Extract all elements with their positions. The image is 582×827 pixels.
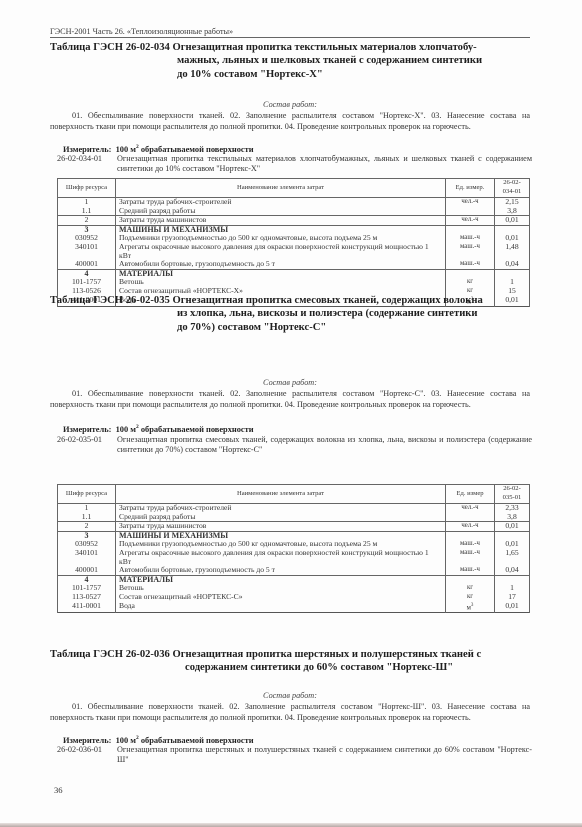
table-row: 340101Агрегаты окрасочные высокого давле…: [58, 549, 530, 566]
resource-name: МАТЕРИАЛЫ: [116, 575, 446, 584]
unit-cell: маш.-ч: [446, 566, 495, 575]
work-composition-text: 01. Обеспыливание поверхности тканей. 02…: [50, 111, 530, 132]
resource-table: Шифр ресурсаНаименование элемента затрат…: [57, 484, 530, 613]
table-title-line2: из хлопка, льна, вискозы и полиэстера (с…: [50, 307, 530, 320]
unit-cell: кг: [446, 278, 495, 287]
column-header: 26-02-035-01: [495, 485, 530, 504]
resource-code: 411-0001: [58, 602, 116, 613]
unit-cell: [446, 575, 495, 584]
measure-unit: Измеритель: 100 м2 обрабатываемой поверх…: [63, 424, 254, 434]
table-title-label: Таблица ГЭСН 26-02-034: [50, 42, 170, 53]
unit-cell: маш.-ч: [446, 243, 495, 260]
unit-cell: чел.-ч: [446, 522, 495, 532]
resource-code: 400001: [58, 260, 116, 269]
measure-label: Измеритель:: [63, 736, 111, 745]
value-cell: 0,01: [495, 522, 530, 532]
resource-name: Вода: [116, 602, 446, 613]
table-row: 400001Автомобили бортовые, грузоподъемно…: [58, 260, 530, 269]
norm-description: Огнезащитная пропитка шерстяных и полуше…: [117, 745, 532, 765]
unit-cell: чел.-ч: [446, 198, 495, 207]
page-number: 36: [54, 785, 63, 795]
table-title-label: Таблица ГЭСН 26-02-035: [50, 295, 170, 306]
work-composition-label: Состав работ:: [50, 100, 530, 109]
page-edge-shadow: [0, 823, 582, 827]
table-title: Таблица ГЭСН 26-02-035 Огнезащитная проп…: [50, 294, 530, 334]
table-row: 400001Автомобили бортовые, грузоподъемно…: [58, 566, 530, 575]
column-header: Наименование элемента затрат: [116, 485, 446, 504]
unit-cell: [446, 531, 495, 540]
measure-value: 100 м: [116, 145, 136, 154]
resource-name: Затраты труда машинистов: [116, 522, 446, 532]
value-cell: 1,48: [495, 243, 530, 260]
resource-table: Шифр ресурсаНаименование элемента затрат…: [57, 178, 530, 307]
unit-cell: м3: [446, 602, 495, 613]
value-cell: 0,01: [495, 602, 530, 613]
measure-tail: обрабатываемой поверхности: [139, 425, 254, 434]
column-header: Ед. измер: [446, 485, 495, 504]
unit-cell: чел.-ч: [446, 504, 495, 513]
resource-name: Агрегаты окрасочные высокого давления дл…: [116, 549, 446, 566]
running-head: ГЭСН-2001 Часть 26. «Теплоизоляционные р…: [50, 27, 530, 38]
norm-code: 26-02-035-01: [57, 435, 117, 445]
column-header: Шифр ресурса: [58, 485, 116, 504]
work-composition-label: Состав работ:: [50, 378, 530, 387]
unit-cell: [446, 513, 495, 522]
resource-name: Затраты труда машинистов: [116, 216, 446, 226]
measure-unit: Измеритель: 100 м2 обрабатываемой поверх…: [63, 735, 254, 745]
measure-value: 100 м: [116, 425, 136, 434]
work-composition-text: 01. Обеспыливание поверхности тканей. 02…: [50, 389, 530, 410]
column-header: Наименование элемента затрат: [116, 179, 446, 198]
table-title-line3: до 70%) составом "Нортекс-С": [50, 321, 530, 334]
table-title-line1: Огнезащитная пропитка шерстяных и полуше…: [172, 649, 481, 660]
column-header: Шифр ресурса: [58, 179, 116, 198]
table-title-line2: содержанием синтетики до 60% составом "Н…: [50, 661, 530, 674]
table-title-line1: Огнезащитная пропитка текстильных матери…: [172, 42, 476, 53]
work-composition-text: 01. Обеспыливание поверхности тканей. 02…: [50, 702, 530, 723]
value-cell: 0,01: [495, 216, 530, 226]
document-page: ГЭСН-2001 Часть 26. «Теплоизоляционные р…: [0, 0, 582, 827]
table-title-line3: до 10% составом "Нортекс-Х": [50, 68, 530, 81]
norm-description: Огнезащитная пропитка смесовых тканей, с…: [117, 435, 532, 455]
work-composition-label: Состав работ:: [50, 691, 530, 700]
table-header-row: Шифр ресурсаНаименование элемента затрат…: [58, 179, 530, 198]
resource-name: Автомобили бортовые, грузоподъемность до…: [116, 566, 446, 575]
measure-label: Измеритель:: [63, 425, 111, 434]
measure-label: Измеритель:: [63, 145, 111, 154]
unit-cell: [446, 225, 495, 234]
table-title-line1: Огнезащитная пропитка смесовых тканей, с…: [172, 295, 482, 306]
resource-name: МАТЕРИАЛЫ: [116, 269, 446, 278]
unit-cell: чел.-ч: [446, 216, 495, 226]
table-row: 340101Агрегаты окрасочные высокого давле…: [58, 243, 530, 260]
resource-code: 400001: [58, 566, 116, 575]
resource-name: Автомобили бортовые, грузоподъемность до…: [116, 260, 446, 269]
unit-cell: [446, 207, 495, 216]
measure-tail: обрабатываемой поверхности: [139, 145, 254, 154]
table-row: 411-0001Водам30,01: [58, 602, 530, 613]
table-header-row: Шифр ресурсаНаименование элемента затрат…: [58, 485, 530, 504]
value-cell: 1,65: [495, 549, 530, 566]
norm-row: 26-02-035-01 Огнезащитная пропитка смесо…: [57, 435, 532, 457]
table-row: 2Затраты труда машинистовчел.-ч0,01: [58, 216, 530, 226]
unit-cell: [446, 269, 495, 278]
norm-row: 26-02-036-01 Огнезащитная пропитка шерст…: [57, 745, 532, 767]
norm-code: 26-02-036-01: [57, 745, 117, 755]
resource-code: 2: [58, 216, 116, 226]
norm-row: 26-02-034-01 Огнезащитная пропитка текст…: [57, 154, 532, 176]
measure-tail: обрабатываемой поверхности: [139, 736, 254, 745]
resource-code: 340101: [58, 243, 116, 260]
resource-name: Состав огнезащитный «НОРТЕКС-С»: [116, 593, 446, 602]
value-cell: 0,04: [495, 260, 530, 269]
unit-cell: кг: [446, 584, 495, 593]
measure-value: 100 м: [116, 736, 136, 745]
unit-cell: кг: [446, 593, 495, 602]
measure-unit: Измеритель: 100 м2 обрабатываемой поверх…: [63, 144, 254, 154]
table-title-label: Таблица ГЭСН 26-02-036: [50, 649, 170, 660]
norm-code: 26-02-034-01: [57, 154, 117, 164]
unit-cell: маш.-ч: [446, 549, 495, 566]
norm-description: Огнезащитная пропитка текстильных матери…: [117, 154, 532, 174]
column-header: 26-02-034-01: [495, 179, 530, 198]
table-title: Таблица ГЭСН 26-02-034 Огнезащитная проп…: [50, 41, 530, 81]
table-row: 2Затраты труда машинистовчел.-ч0,01: [58, 522, 530, 532]
unit-cell: маш.-ч: [446, 260, 495, 269]
resource-name: Агрегаты окрасочные высокого давления дл…: [116, 243, 446, 260]
table-title-line2: мажных, льяных и шелковых тканей с содер…: [50, 54, 530, 67]
unit-cell: маш.-ч: [446, 234, 495, 243]
table-title: Таблица ГЭСН 26-02-036 Огнезащитная проп…: [50, 648, 530, 675]
value-cell: 0,04: [495, 566, 530, 575]
resource-code: 2: [58, 522, 116, 532]
column-header: Ед. измер.: [446, 179, 495, 198]
resource-code: 340101: [58, 549, 116, 566]
unit-cell: маш.-ч: [446, 540, 495, 549]
